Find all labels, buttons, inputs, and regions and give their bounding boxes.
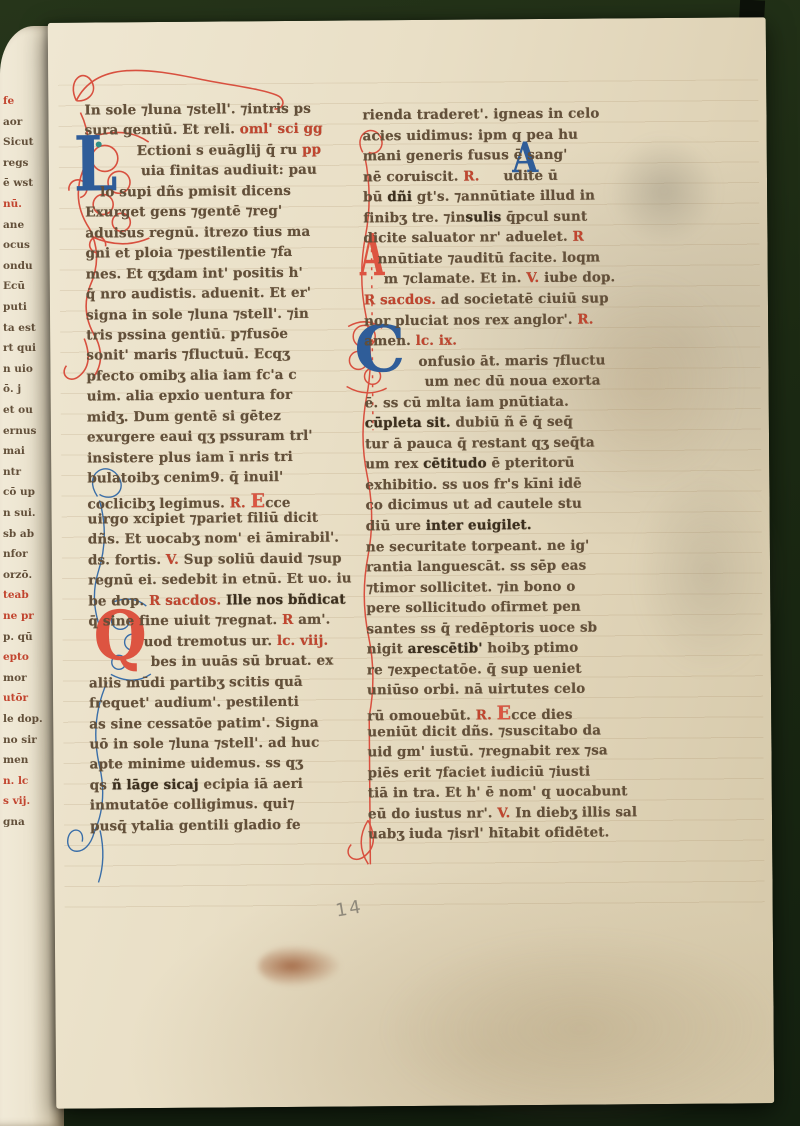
text-segment: diū ure (366, 518, 426, 534)
text-segment: q̄pcul sunt (506, 208, 587, 225)
manuscript-line: co dicimus ut ad cautele stu (365, 496, 581, 514)
gutter-text-fragment: cō up (3, 486, 49, 504)
manuscript-line: uniūso orbi. nā uirtutes celo (367, 681, 585, 699)
text-segment: inter euigilet. (426, 517, 532, 534)
gutter-text-fragment: epto (3, 651, 49, 669)
text-segment: re ⁊expectatōe. q̄ sup ueniet (367, 661, 582, 679)
manuscript-line: m ⁊clamate. Et in. V. iube dop. (364, 270, 616, 288)
text-segment: um rex (365, 456, 423, 472)
manuscript-line: finibʒ tre. ⁊insulis q̄pcul sunt (363, 208, 587, 226)
manuscript-line: re ⁊expectatōe. q̄ sup ueniet (367, 661, 582, 679)
manuscript-line: onfusio āt. maris ⁊fluctu (364, 352, 605, 370)
text-segment: exhibitio. ss uos fr's kīni idē (365, 476, 582, 494)
manuscript-line: tur ā pauca q̄ restant qʒ seq̄ta (365, 434, 595, 452)
gutter-text-fragment: p. qū (3, 631, 49, 649)
manuscript-line: mani generis fusus ē sang' (363, 147, 568, 165)
manuscript-line: ē. ss cū mlta iam pnūtiata. (365, 393, 569, 411)
manuscript-line: nē coruiscit. R. udite ū (363, 167, 558, 185)
manuscript-line: santes ss q̄ redēptoris uoce sb (366, 619, 597, 637)
manuscript-line: bū dñi gt's. ⁊annūtiate illud in (363, 188, 595, 206)
text-segment: dñi (387, 189, 417, 205)
text-segment: rantia languescāt. ss sēp eas (366, 558, 586, 576)
text-segment: dicite saluator nr' aduelet. (363, 229, 572, 247)
text-segment: cūpleta sit. (365, 415, 456, 432)
manuscript-line: ne securitate torpeant. ne ig' (366, 537, 590, 555)
gutter-text-fragment: gna (3, 816, 49, 834)
gutter-text-fragment: ē wst (3, 177, 49, 195)
text-segment: rū omouebūt. (367, 707, 476, 724)
gutter-text-fragment: n. lc (3, 775, 49, 793)
text-segment: iube dop. (544, 270, 615, 287)
text-segment (484, 168, 503, 184)
manuscript-page: L Q A C A In sole ⁊luna ⁊stell'. ⁊intris… (48, 17, 775, 1109)
text-segment: rienda traderet'. igneas in celo (362, 106, 599, 124)
gutter-text-fragment: ntr (3, 466, 49, 484)
gutter-text-fragment: et ou (3, 404, 49, 422)
text-segment: R. (476, 707, 497, 723)
manuscript-line: tiā in tra. Et h' ē nom' q uocabunt (368, 783, 628, 801)
manuscript-line: um nec dū noua exorta (365, 373, 601, 391)
text-segment: R. (463, 168, 484, 184)
gutter-text-fragment: Sicut (3, 136, 49, 154)
manuscript-line: amen. lc. ix. (364, 333, 457, 350)
gutter-text-fragment: mai (3, 445, 49, 463)
text-segment: cce dies (511, 707, 572, 723)
text-segment: ē pteritorū (491, 455, 574, 472)
gutter-text-fragment: nū. (3, 198, 49, 216)
manuscript-line: rantia languescāt. ss sēp eas (366, 558, 586, 576)
text-segment: santes ss q̄ redēptoris uoce sb (366, 619, 597, 637)
gutter-text-fragment: puti (3, 301, 49, 319)
photo-backdrop: feaorSicutregsē wstnū.aneocusonduEcūputi… (0, 0, 800, 1126)
gutter-text-fragment: aor (3, 116, 49, 134)
text-segment: In diebʒ illis sal (515, 804, 637, 821)
text-segment: ueniūt dicit dñs. ⁊suscitabo da (367, 722, 601, 740)
manuscript-line: nnūtiate ⁊auditū facite. loqm (364, 249, 601, 267)
text-segment: uid gm' iustū. ⁊regnabit rex ⁊sa (367, 743, 607, 761)
text-segment: uniūso orbi. nā uirtutes celo (367, 681, 585, 699)
manuscript-line: R sacdos. ad societatē ciuiū sup (364, 290, 609, 308)
text-segment: ⁊timor sollicitet. ⁊in bono o (366, 578, 575, 596)
gutter-text-fragment: ta est (3, 322, 49, 340)
manuscript-line: cūpleta sit. dubiū ñ ē q̄ seq̄ (365, 414, 573, 432)
text-segment: nnūtiate ⁊auditū facite. loqm (378, 249, 601, 267)
text-segment: nē coruiscit. (363, 168, 463, 185)
text-segment: nigit (367, 641, 408, 657)
text-segment: gt's. ⁊annūtiate illud in (417, 188, 595, 205)
manuscript-line: eū do iustus nr'. V. In diebʒ illis sal (368, 804, 637, 822)
gutter-text-fragment: n sui. (3, 507, 49, 525)
manuscript-line: exhibitio. ss uos fr's kīni idē (365, 476, 582, 494)
text-segment: R sacdos. (364, 292, 441, 309)
text-segment: acies uidimus: ipm q pea hu (363, 126, 579, 144)
gutter-text-fragment: fe (3, 95, 49, 113)
text-segment: lc. ix. (416, 333, 457, 349)
text-segment: mani generis fusus ē sang' (363, 147, 568, 165)
text-segment: onfusio āt. maris ⁊fluctu (418, 352, 605, 369)
text-segment: eū do iustus nr'. (368, 805, 498, 822)
text-segment: amen. (364, 333, 416, 349)
gutter-text-fragment: ocus (3, 239, 49, 257)
gutter-text-fragment: ernus (3, 425, 49, 443)
text-segment: nor pluciat nos rex anglor'. (364, 311, 577, 329)
text-segment: um nec dū noua exorta (425, 373, 601, 390)
gutter-text-fragment: ne pr (3, 610, 49, 628)
text-segment: arescētib' (408, 641, 488, 658)
gutter-text-fragment: regs (3, 157, 49, 175)
gutter-text-fragment: rt qui (3, 342, 49, 360)
text-segment: ē. ss cū mlta iam pnūtiata. (365, 393, 569, 411)
manuscript-line: dicite saluator nr' aduelet. R (363, 229, 584, 247)
manuscript-line: diū ure inter euigilet. (366, 517, 532, 534)
manuscript-line: ueniūt dicit dñs. ⁊suscitabo da (367, 722, 601, 740)
text-segment: co dicimus ut ad cautele stu (365, 496, 581, 514)
gutter-text-fragment: n uio (3, 363, 49, 381)
text-segment: ne securitate torpeant. ne ig' (366, 537, 590, 555)
text-segment: sulis (465, 209, 506, 225)
manuscript-line: piēs erit ⁊faciet iudiciū ⁊iusti (368, 763, 591, 781)
manuscript-line: ⁊timor sollicitet. ⁊in bono o (366, 578, 575, 596)
gutter-text-fragment: ō. j (3, 383, 49, 401)
gutter-text-fragment: nfor (3, 548, 49, 566)
gutter-text-fragment: s vij. (3, 795, 49, 813)
gutter-text-fragment: Ecū (3, 280, 49, 298)
text-segment: uabʒ iuda ⁊isrl' hītabit ofidētet. (368, 825, 609, 843)
text-segment: bū (363, 189, 387, 205)
gutter-text-fragment: orzō. (3, 569, 49, 587)
gutter-text-fragment: utōr (3, 692, 49, 710)
text-segment: m ⁊clamate. Et in. (384, 270, 527, 287)
manuscript-line: nor pluciat nos rex anglor'. R. (364, 311, 594, 329)
text-segment: pere sollicitudo ofirmet pen (366, 599, 581, 617)
text-segment: hoibʒ ptimo (487, 640, 578, 657)
gutter-text-fragment: men (3, 754, 49, 772)
text-segment: cētitudo (423, 456, 491, 473)
text-segment: dubiū ñ ē q̄ seq̄ (455, 414, 573, 431)
text-segment: tur ā pauca q̄ restant qʒ seq̄ta (365, 434, 595, 452)
gutter-text-fragment: le dop. (3, 713, 49, 731)
gutter-text-fragment: ondu (3, 260, 49, 278)
gutter-text-fragment: sb ab (3, 528, 49, 546)
text-segment: V. (497, 805, 515, 821)
text-segment: E (497, 702, 512, 724)
text-segment: tiā in tra. Et h' ē nom' q uocabunt (368, 783, 628, 801)
manuscript-line: um rex cētitudo ē pteritorū (365, 455, 574, 473)
manuscript-line: nigit arescētib' hoibʒ ptimo (367, 640, 579, 658)
gutter-text-fragment: teab (3, 589, 49, 607)
manuscript-line: acies uidimus: ipm q pea hu (363, 126, 579, 144)
manuscript-line: pere sollicitudo ofirmet pen (366, 599, 581, 617)
text-segment: R (573, 229, 584, 245)
folio-number-pencil: 14 (334, 896, 364, 921)
text-segment: finibʒ tre. ⁊in (363, 209, 465, 226)
text-segment: R. (577, 311, 593, 327)
gutter-text-fragment: mor (3, 672, 49, 690)
gutter-text-fragment: no sir (3, 734, 49, 752)
gutter-text-fragment: ane (3, 219, 49, 237)
manuscript-line: uabʒ iuda ⁊isrl' hītabit ofidētet. (368, 825, 609, 843)
text-column-right: rienda traderet'. igneas in celoacies ui… (48, 17, 775, 1109)
text-segment: V. (526, 270, 544, 286)
text-segment: ad societatē ciuiū sup (441, 290, 609, 307)
text-segment: udite ū (503, 167, 558, 183)
text-segment: piēs erit ⁊faciet iudiciū ⁊iusti (368, 763, 591, 781)
manuscript-line: uid gm' iustū. ⁊regnabit rex ⁊sa (367, 743, 607, 761)
manuscript-line: rienda traderet'. igneas in celo (362, 106, 599, 124)
